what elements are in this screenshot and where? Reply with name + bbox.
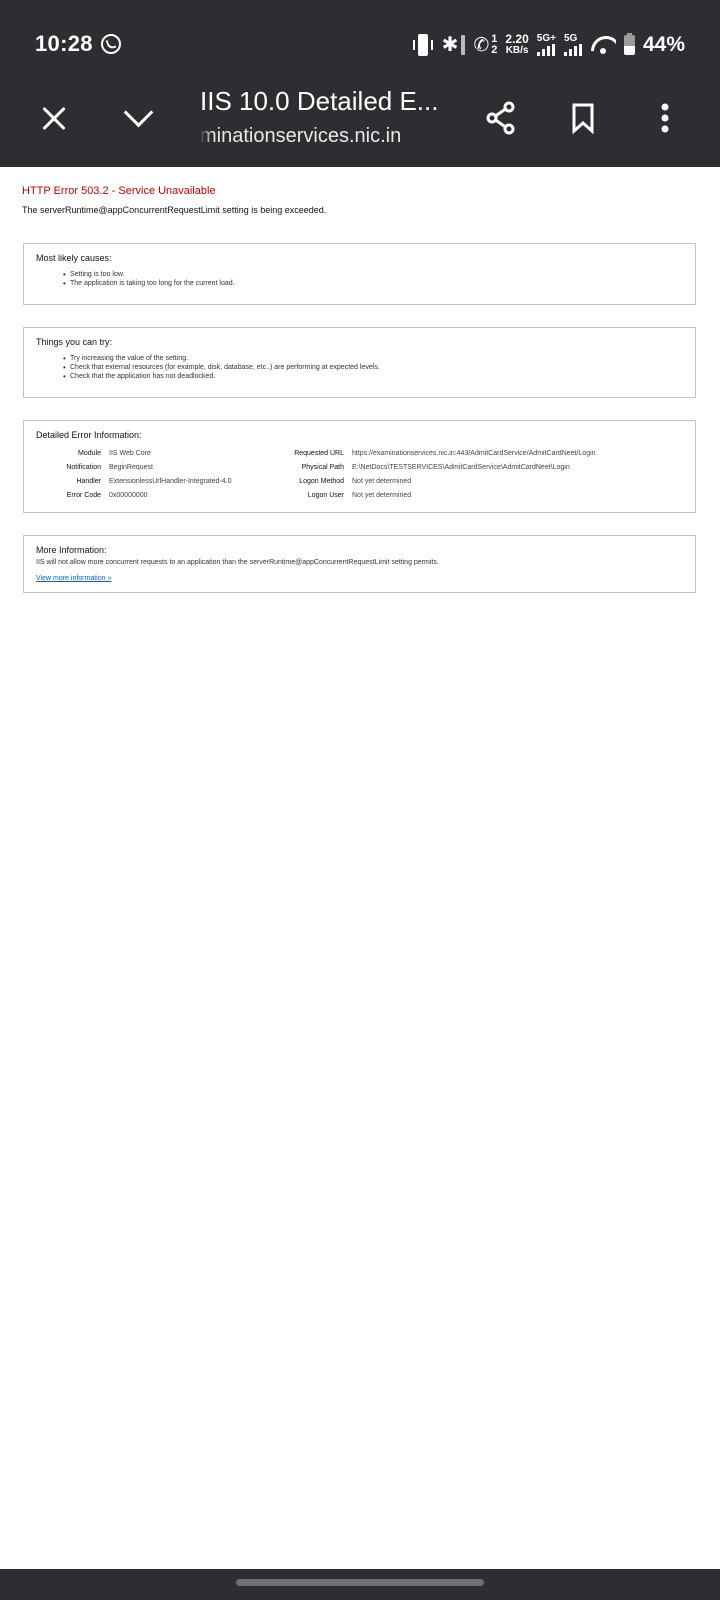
causes-box: Most likely causes: Setting is too low. … — [23, 243, 696, 305]
list-item: The application is taking too long for t… — [63, 279, 695, 288]
more-info-text: IIS will not allow more concurrent reque… — [36, 558, 695, 567]
sim2-label: 2 — [491, 45, 497, 56]
vibrate-icon — [412, 34, 434, 56]
details-heading: Detailed Error Information: — [36, 430, 695, 440]
detail-value: Not yet determined — [344, 489, 411, 503]
detail-label: Error Code — [21, 489, 101, 503]
things-to-try-box: Things you can try: Try increasing the v… — [23, 327, 696, 398]
detail-row: ModuleIIS Web Core — [21, 447, 232, 461]
detail-label: Handler — [21, 475, 101, 489]
page-title: IIS 10.0 Detailed E... — [200, 86, 438, 117]
detail-row: Physical PathE:\NetDocs\TESTSERVICES\Adm… — [276, 461, 596, 475]
battery-percent: 44% — [643, 33, 685, 57]
sim1-network: 5G+ — [537, 34, 556, 44]
detail-row: Logon UserNot yet determined — [276, 489, 596, 503]
detail-row: HandlerExtensionlessUrlHandler-Integrate… — [21, 475, 232, 489]
share-icon[interactable] — [483, 100, 519, 136]
try-heading: Things you can try: — [36, 337, 695, 347]
bluetooth-icon: ✱ — [442, 35, 459, 55]
error-title: HTTP Error 503.2 - Service Unavailable — [22, 185, 216, 197]
page-url[interactable]: minationservices.nic.in — [200, 125, 410, 148]
detail-value: https://examinationservices.nic.in:443/A… — [344, 447, 596, 461]
sim2-network: 5G — [564, 34, 577, 44]
status-bar: 10:28 ✱ ✆ 1 2 2.20 KB/s 5G+ 5G — [0, 28, 720, 62]
try-list: Try increasing the value of the setting.… — [36, 354, 695, 381]
detail-label: Notification — [21, 461, 101, 475]
wifi-calling-icon: ✆ — [473, 36, 489, 55]
detail-value: ExtensionlessUrlHandler-Integrated-4.0 — [101, 475, 232, 489]
battery-icon — [624, 35, 635, 55]
sim-indicator: 1 2 — [491, 34, 497, 56]
causes-heading: Most likely causes: — [36, 253, 695, 263]
clock: 10:28 — [35, 31, 93, 57]
detail-value: BeginRequest — [101, 461, 153, 475]
signal-5g-icon: 5G — [564, 34, 582, 56]
detail-row: Requested URLhttps://examinationservices… — [276, 447, 596, 461]
detail-value: Not yet determined — [344, 475, 411, 489]
details-right-column: Requested URLhttps://examinationservices… — [276, 447, 596, 503]
more-information-box: More Information: IIS will not allow mor… — [23, 535, 696, 593]
detail-value: 0x00000000 — [101, 489, 148, 503]
signal-5g-plus-icon: 5G+ — [537, 34, 556, 56]
more-info-heading: More Information: — [36, 545, 695, 555]
custom-tab-toolbar: IIS 10.0 Detailed E... minationservices.… — [0, 80, 720, 160]
list-item: Check that external resources (for examp… — [63, 363, 695, 372]
detail-label: Logon Method — [276, 475, 344, 489]
error-description: The serverRuntime@appConcurrentRequestLi… — [22, 205, 326, 215]
detailed-error-box: Detailed Error Information: ModuleIIS We… — [23, 420, 696, 513]
network-speed: 2.20 KB/s — [505, 33, 528, 57]
bluetooth-battery-icon — [461, 35, 465, 55]
detail-value: IIS Web Core — [101, 447, 151, 461]
causes-list: Setting is too low. The application is t… — [36, 270, 695, 288]
detail-row: Error Code0x00000000 — [21, 489, 232, 503]
detail-row: Logon MethodNot yet determined — [276, 475, 596, 489]
list-item: Setting is too low. — [63, 270, 695, 279]
more-vert-icon[interactable] — [650, 100, 680, 136]
gesture-handle[interactable] — [236, 1579, 484, 1586]
detail-label: Requested URL — [276, 447, 344, 461]
list-item: Check that the application has not deadl… — [63, 372, 695, 381]
detail-label: Module — [21, 447, 101, 461]
detail-value: E:\NetDocs\TESTSERVICES\AdmitCardService… — [344, 461, 570, 475]
detail-label: Logon User — [276, 489, 344, 503]
browser-chrome: 10:28 ✱ ✆ 1 2 2.20 KB/s 5G+ 5G — [0, 0, 720, 167]
speed-unit: KB/s — [506, 45, 529, 57]
detail-row: NotificationBeginRequest — [21, 461, 232, 475]
view-more-information-link[interactable]: View more information » — [36, 574, 111, 584]
bookmark-icon[interactable] — [565, 100, 601, 136]
wifi-icon — [590, 34, 616, 56]
speed-value: 2.20 — [505, 33, 528, 45]
chevron-down-icon[interactable] — [120, 100, 156, 136]
details-table: ModuleIIS Web Core NotificationBeginRequ… — [36, 447, 695, 507]
list-item: Try increasing the value of the setting. — [63, 354, 695, 363]
status-icons: ✱ ✆ 1 2 2.20 KB/s 5G+ 5G 44% — [412, 28, 685, 62]
details-left-column: ModuleIIS Web Core NotificationBeginRequ… — [21, 447, 232, 503]
close-icon[interactable] — [36, 100, 72, 136]
detail-label: Physical Path — [276, 461, 344, 475]
whatsapp-icon — [101, 34, 121, 54]
